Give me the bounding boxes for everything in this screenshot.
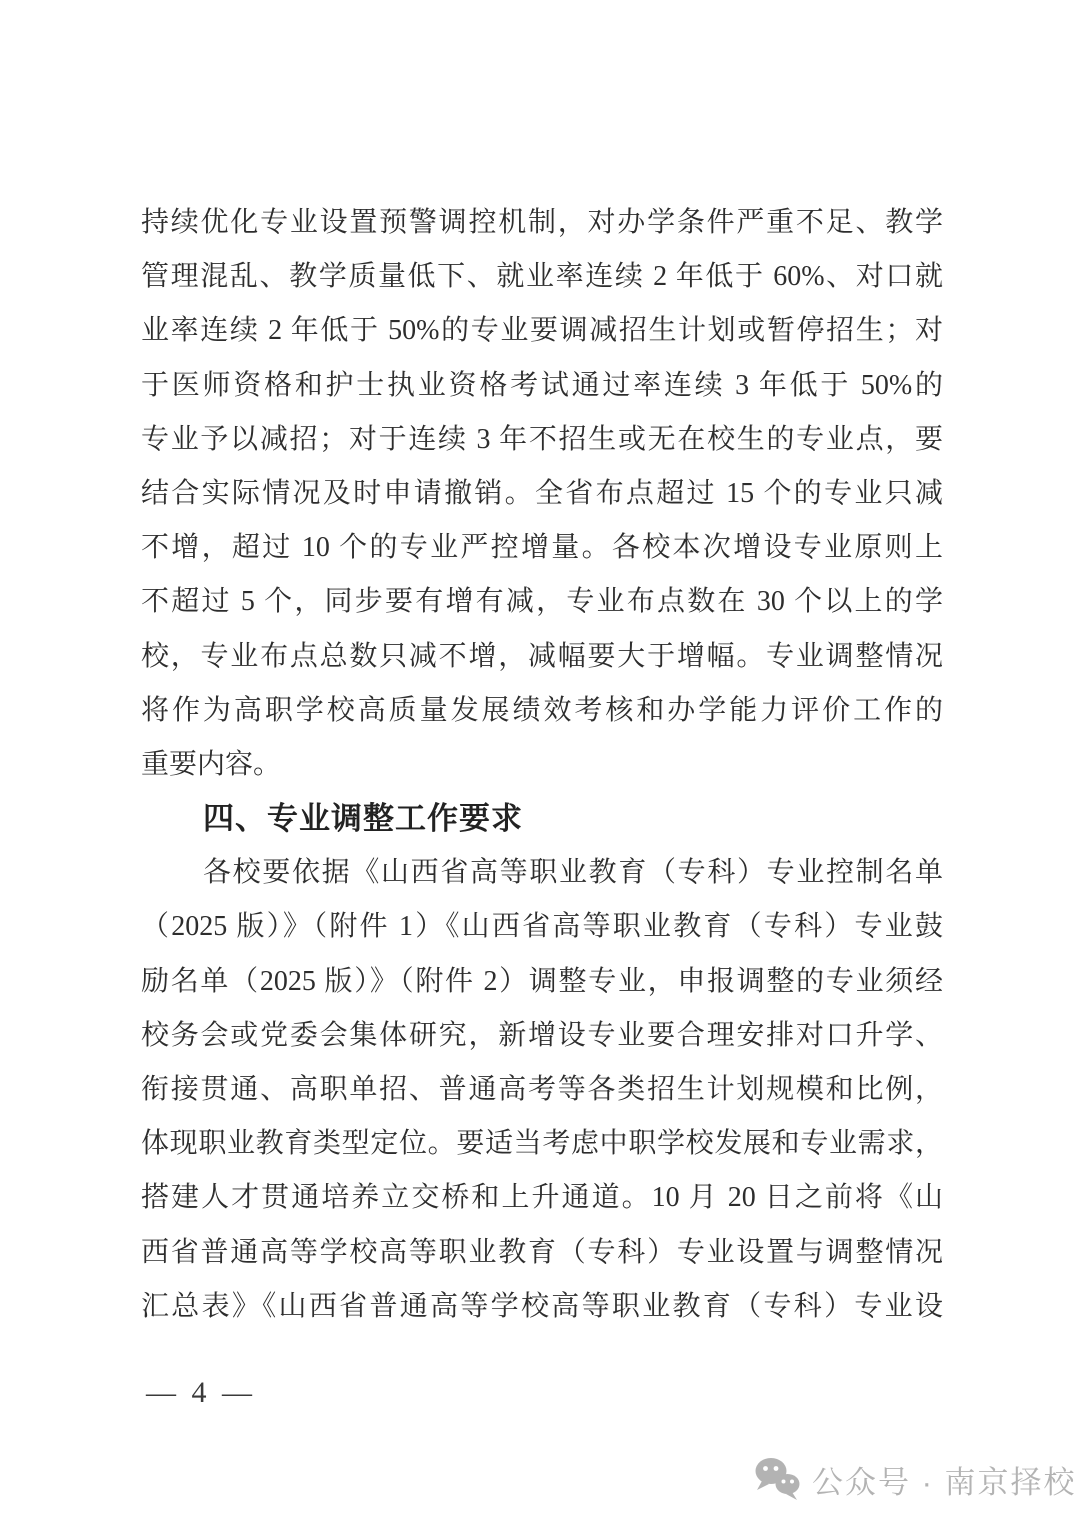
body-line: 将作为高职学校高质量发展绩效考核和办学能力评价工作的 <box>141 684 943 738</box>
body-line: 衔接贯通、高职单招、普通高考等各类招生计划规模和比例， <box>141 1063 943 1117</box>
body-line: 业率连续 2 年低于 50%的专业要调减招生计划或暂停招生；对 <box>141 304 943 358</box>
body-line: 专业予以减招；对于连续 3 年不招生或无在校生的专业点，要 <box>141 413 943 467</box>
body-line: 汇总表》《山西省普通高等学校高等职业教育（专科）专业设 <box>141 1280 943 1334</box>
page-number: — 4 — <box>146 1376 256 1410</box>
body-line: 校务会或党委会集体研究，新增设专业要合理安排对口升学、 <box>141 1009 943 1063</box>
body-line: 校，专业布点总数只减不增，减幅要大于增幅。专业调整情况 <box>141 630 943 684</box>
body-line: 体现职业教育类型定位。要适当考虑中职学校发展和专业需求， <box>141 1117 943 1171</box>
document-page: 持续优化专业设置预警调控机制，对办学条件严重不足、教学 管理混乱、教学质量低下、… <box>0 0 1080 1527</box>
section-heading: 四、专业调整工作要求 <box>141 792 943 846</box>
watermark-text: 公众号 · 南京择校 <box>812 1457 1077 1502</box>
body-line: 西省普通高等学校高等职业教育（专科）专业设置与调整情况 <box>141 1226 943 1280</box>
watermark: 公众号 · 南京择校 <box>753 1456 1077 1502</box>
body-line: 励名单（2025 版）》（附件 2）调整专业，申报调整的专业须经 <box>141 955 943 1009</box>
document-body: 持续优化专业设置预警调控机制，对办学条件严重不足、教学 管理混乱、教学质量低下、… <box>141 196 943 1334</box>
wechat-icon <box>753 1456 801 1502</box>
body-line: 重要内容。 <box>141 738 943 792</box>
body-line: （2025 版）》（附件 1）《山西省高等职业教育（专科）专业鼓 <box>141 900 943 954</box>
body-line: 结合实际情况及时申请撤销。全省布点超过 15 个的专业只减 <box>141 467 943 521</box>
body-line: 管理混乱、教学质量低下、就业率连续 2 年低于 60%、对口就 <box>141 250 943 304</box>
body-line: 不增，超过 10 个的专业严控增量。各校本次增设专业原则上 <box>141 521 943 575</box>
body-line: 不超过 5 个，同步要有增有减，专业布点数在 30 个以上的学 <box>141 575 943 629</box>
body-line: 搭建人才贯通培养立交桥和上升通道。10 月 20 日之前将《山 <box>141 1171 943 1225</box>
body-line: 各校要依据《山西省高等职业教育（专科）专业控制名单 <box>141 846 943 900</box>
body-line: 于医师资格和护士执业资格考试通过率连续 3 年低于 50%的 <box>141 359 943 413</box>
body-line: 持续优化专业设置预警调控机制，对办学条件严重不足、教学 <box>141 196 943 250</box>
